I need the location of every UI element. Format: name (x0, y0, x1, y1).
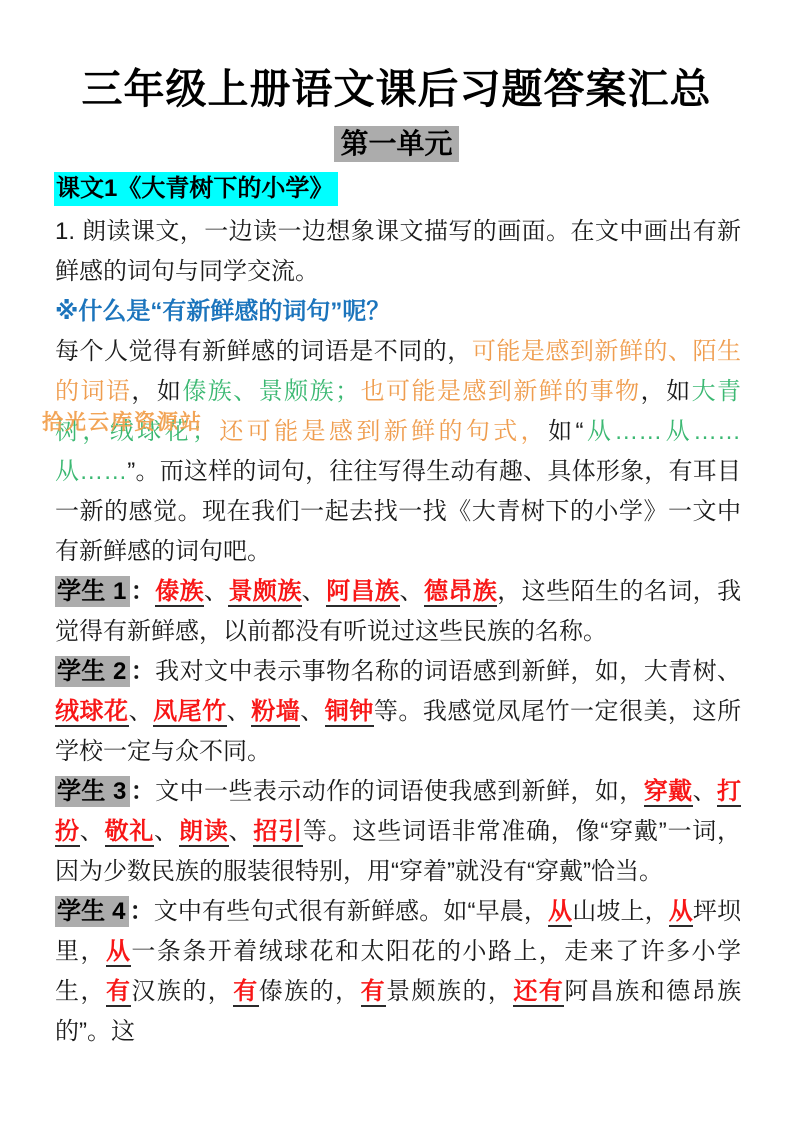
text-run: 如“ (548, 418, 583, 445)
unit-heading: 第一单元 (334, 126, 458, 162)
text-run: 有 (106, 978, 131, 1007)
text-run: 每个人觉得有新鲜感的词语是不同的， (55, 338, 472, 365)
student-label: 学生 3 (55, 776, 130, 807)
text-run: 、 (204, 578, 228, 605)
text-run: ”。而这样的词句，往往写得生动有趣、具体形象，有耳目一新的感觉。现在我们一起去找… (55, 458, 741, 565)
text-run: 还有 (513, 978, 564, 1007)
explanation-paragraph: 每个人觉得有新鲜感的词语是不同的，可能是感到新鲜的、陌生的词语，如傣族、景颇族；… (55, 332, 741, 572)
text-run: 从 (548, 898, 572, 927)
question-paragraph: 1. 朗读课文，一边读一边想象课文描写的画面。在文中画出有新鲜感的词句与同学交流… (55, 212, 741, 292)
lesson-heading: 课文1《大青树下的小学》 (54, 172, 338, 206)
text-run: ，如 (131, 378, 182, 405)
text-run: 、 (80, 818, 105, 845)
text-run: 凤尾竹 (153, 698, 227, 727)
text-run: 景颇族的， (386, 978, 513, 1005)
text-run: 文中一些表示动作的词语使我感到新鲜，如， (155, 778, 644, 805)
text-run: 1. 朗读课文，一边读一边想象课文描写的画面。在文中画出有新鲜感的词句与同学交流… (55, 218, 741, 285)
text-run: 德昂族 (424, 578, 497, 607)
student-4-paragraph: 学生 4：文中有些句式很有新鲜感。如“早晨，从山坡上，从坪坝里，从一条条开着绒球… (55, 892, 741, 1052)
text-run: 、 (129, 698, 154, 725)
student-2-paragraph: 学生 2：我对文中表示事物名称的词语感到新鲜，如，大青树、绒球花、凤尾竹、粉墙、… (55, 652, 741, 772)
text-run: 、 (400, 578, 424, 605)
text-run: ： (130, 658, 155, 685)
student-1-paragraph: 学生 1：傣族、景颇族、阿昌族、德昂族，这些陌生的名词，我觉得有新鲜感，以前都没… (55, 572, 741, 652)
text-run: ： (130, 778, 155, 805)
text-run: 从 (106, 938, 131, 967)
text-run: 山坡上， (572, 898, 669, 925)
text-run: 我对文中表示事物名称的词语感到新鲜，如，大青树、 (155, 658, 741, 685)
document-body: 1. 朗读课文，一边读一边想象课文描写的画面。在文中画出有新鲜感的词句与同学交流… (55, 212, 741, 1052)
text-run: 、 (227, 698, 252, 725)
text-run: 敬礼 (105, 818, 155, 847)
text-run: ： (129, 898, 153, 925)
text-run: 阿昌族 (326, 578, 399, 607)
document-page: 拾光云库资源站 三年级上册语文课后习题答案汇总 第一单元 课文1《大青树下的小学… (0, 0, 793, 1122)
student-3-paragraph: 学生 3：文中一些表示动作的词语使我感到新鲜，如，穿戴、打扮、敬礼、朗读、招引等… (55, 772, 741, 892)
text-run: 也可能是感到新鲜的事物 (359, 378, 641, 405)
text-run: 景颇族 (228, 578, 301, 607)
text-run: ，如 (641, 378, 692, 405)
page-title: 三年级上册语文课后习题答案汇总 (0, 64, 793, 114)
text-run: 汉族的， (131, 978, 233, 1005)
text-run: 、 (154, 818, 179, 845)
text-run: 、 (229, 818, 254, 845)
text-run: 、 (693, 778, 717, 805)
text-run: 招引 (253, 818, 303, 847)
text-run: 还可能是感到新鲜的句式， (216, 418, 548, 445)
text-run: 穿戴 (644, 778, 693, 807)
student-label: 学生 2 (55, 656, 130, 687)
text-run: 有 (233, 978, 258, 1007)
student-label: 学生 1 (55, 576, 130, 607)
text-run: ※什么是“有新鲜感的词句”呢？ (55, 298, 390, 325)
text-run: 傣族 (155, 578, 204, 607)
text-run: 、 (302, 578, 326, 605)
text-run: 、 (300, 698, 325, 725)
text-run: 傣族的， (259, 978, 361, 1005)
text-run: 从 (669, 898, 693, 927)
text-run: 文中有些句式很有新鲜感。如“早晨， (154, 898, 548, 925)
lesson-heading-row: 课文1《大青树下的小学》 (54, 172, 793, 206)
text-run: 绒球花 (55, 698, 129, 727)
text-run: ： (130, 578, 155, 605)
student-label: 学生 4 (55, 896, 129, 927)
text-run: 铜钟 (325, 698, 374, 727)
text-run: 朗读 (179, 818, 229, 847)
unit-heading-row: 第一单元 (0, 126, 793, 162)
text-run: 有 (361, 978, 386, 1007)
text-run: 粉墙 (251, 698, 300, 727)
subquestion-heading: ※什么是“有新鲜感的词句”呢？ (55, 292, 741, 332)
text-run: 傣族、景颇族； (182, 378, 359, 405)
